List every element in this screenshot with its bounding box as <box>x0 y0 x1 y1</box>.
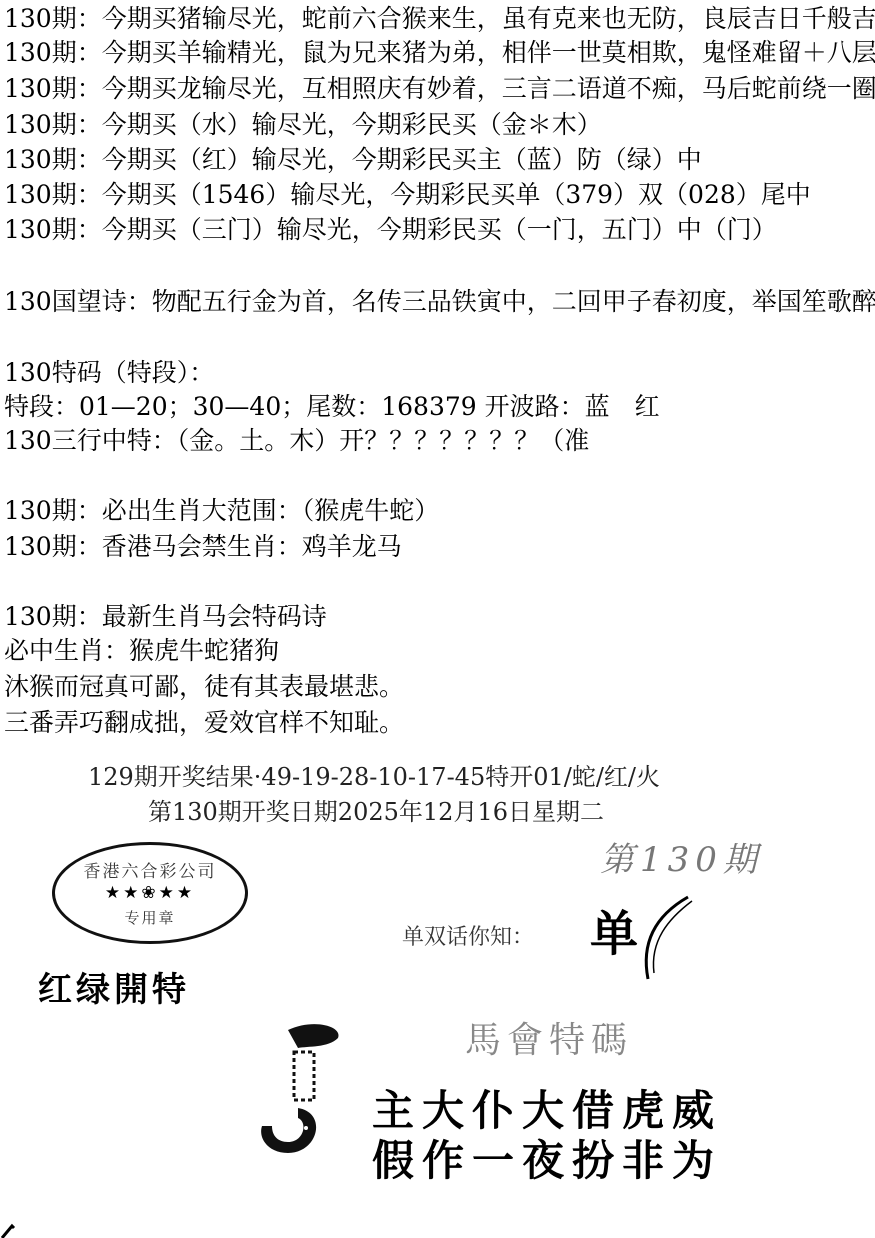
special-code-elements: 130三行中特：（金。土。木）开？？？？？？？（准 <box>4 424 589 458</box>
stamp-stars-icon: ★★❀★★ <box>55 883 245 903</box>
prediction-line-3: 130期：今期买龙输尽光，互相照庆有妙着，三言二语道不痴，马后蛇前绕一圈。 <box>4 72 875 106</box>
prediction-line-1: 130期：今期买猪输尽光，蛇前六合猴来生，虽有克来也无防，良辰吉日千般吉。 <box>4 2 875 36</box>
stamp-label: 专用章 <box>55 907 245 928</box>
national-poem: 130国望诗：物配五行金为首，名传三品铁寅中，二回甲子春初度，举国笙歌醉太平。 <box>4 285 875 319</box>
odd-even-answer: 单 <box>590 895 638 964</box>
prediction-line-5: 130期：今期买（红）输尽光，今期彩民买主（蓝）防（绿）中 <box>4 143 702 177</box>
zodiac-banned: 130期：香港马会禁生肖：鸡羊龙马 <box>4 530 402 564</box>
zodiac-range: 130期：必出生肖大范围：（猴虎牛蛇） <box>4 494 439 528</box>
zodiac-poem-must: 必中生肖：猴虎牛蛇猪狗 <box>4 634 279 668</box>
verse-line-2: 假作一夜扮非为 <box>372 1128 722 1188</box>
zodiac-poem-line2: 三番弄巧翻成拙，爱效官样不知耻。 <box>4 706 404 740</box>
next-draw-date: 第130期开奖日期2025年12月16日星期二 <box>148 797 604 827</box>
zodiac-poem-title: 130期：最新生肖马会特码诗 <box>4 600 327 634</box>
brush-stroke-icon <box>610 893 700 983</box>
prediction-line-7: 130期：今期买（三门）输尽光，今期彩民买（一门，五门）中（门） <box>4 213 777 247</box>
odd-even-hint: 单双话你知： <box>402 920 534 951</box>
prediction-line-4: 130期：今期买（水）输尽光，今期彩民买（金＊木） <box>4 108 602 142</box>
zodiac-poem-line1: 沐猴而冠真可鄙，徒有其表最堪悲。 <box>4 670 404 704</box>
red-green-title: 红绿開特 <box>38 962 190 1011</box>
stamp-company: 香港六合彩公司 <box>55 857 245 882</box>
snake-illustration-icon <box>258 1018 348 1158</box>
prediction-line-2: 130期：今期买羊输精光，鼠为兄来猪为弟，相伴一世莫相欺，鬼怪难留＋八层。 <box>4 36 875 70</box>
special-code-ranges: 特段：01—20；30—40；尾数：168379 开波路：蓝 红 <box>4 390 660 424</box>
prediction-line-6: 130期：今期买（1546）输尽光，今期彩民买单（379）双（028）尾中 <box>4 178 811 212</box>
official-stamp: 香港六合彩公司 ★★❀★★ 专用章 <box>52 842 248 944</box>
horse-club-title: 馬會特碼 <box>465 1012 633 1063</box>
special-code-title: 130特码（特段）： <box>4 356 214 390</box>
previous-result: 129期开奖结果·49-19-28-10-17-45特开01/蛇/红/火 <box>88 762 660 792</box>
issue-label: 第130期 <box>600 832 763 881</box>
corner-mark-icon <box>0 1222 20 1238</box>
